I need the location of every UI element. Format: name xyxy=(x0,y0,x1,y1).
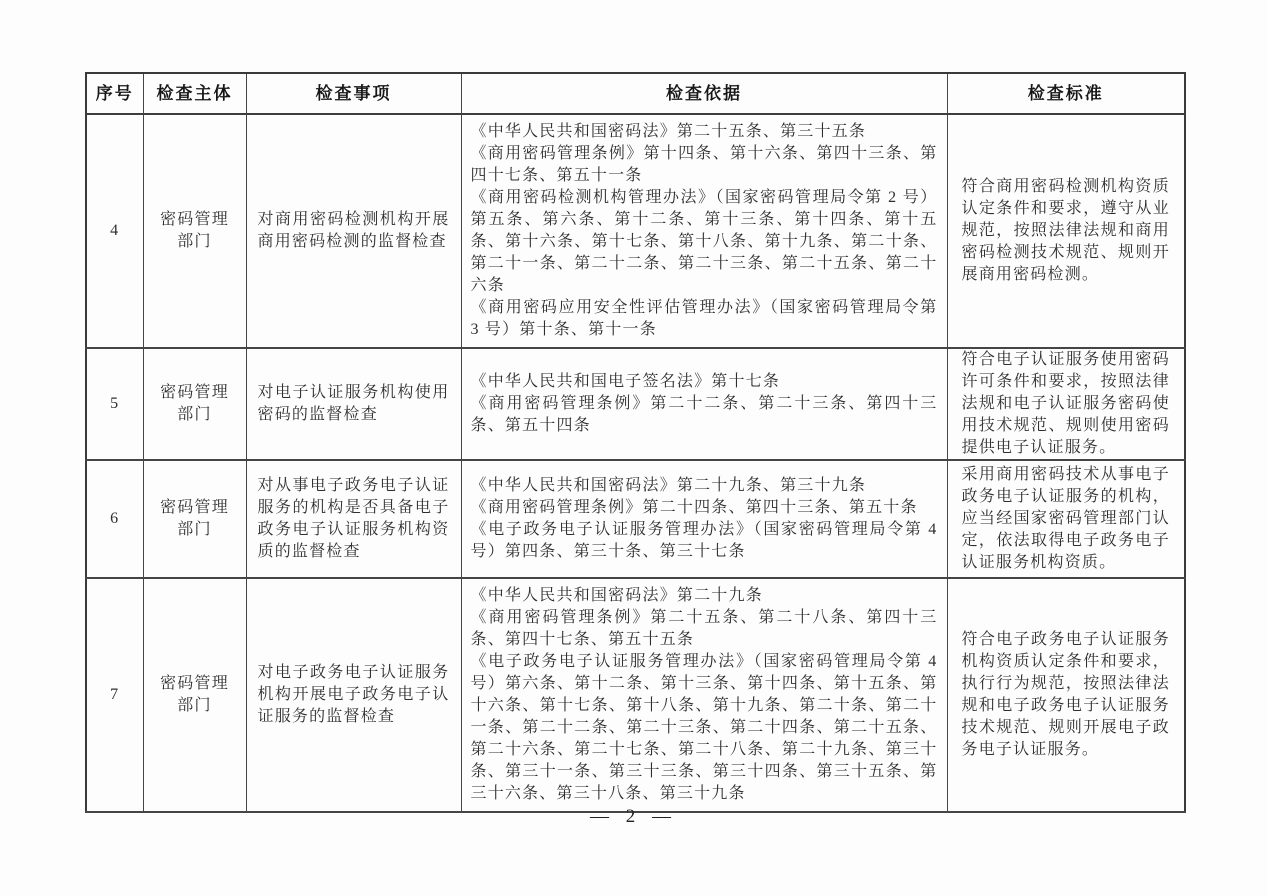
cell-inspection-standard: 符合电子政务电子认证服务机构资质认定条件和要求，执行行为规范，按照法律法规和电子… xyxy=(947,578,1185,812)
header-inspection-basis: 检查依据 xyxy=(461,73,947,114)
cell-inspection-basis: 《中华人民共和国密码法》第二十九条、第三十九条 《商用密码管理条例》第二十四条、… xyxy=(461,460,947,578)
cell-seq-no: 4 xyxy=(86,114,143,348)
inspection-table: 序号 检查主体 检查事项 检查依据 检查标准 4 密码管理部门 对商用密码检测机… xyxy=(85,72,1186,813)
cell-inspection-subject: 密码管理部门 xyxy=(143,578,246,812)
legal-basis-ref: 《中华人民共和国密码法》第二十五条、第三十五条 xyxy=(471,121,938,143)
table-row: 6 密码管理部门 对从事电子政务电子认证服务的机构是否具备电子政务电子认证服务机… xyxy=(86,460,1185,578)
cell-inspection-item: 对电子政务电子认证服务机构开展电子政务电子认证服务的监督检查 xyxy=(246,578,461,812)
cell-seq-no: 6 xyxy=(86,460,143,578)
legal-basis-ref: 《电子政务电子认证服务管理办法》（国家密码管理局令第 4 号）第四条、第三十条、… xyxy=(471,519,938,563)
cell-inspection-basis: 《中华人民共和国密码法》第二十五条、第三十五条 《商用密码管理条例》第十四条、第… xyxy=(461,114,947,348)
cell-inspection-subject: 密码管理部门 xyxy=(143,460,246,578)
header-inspection-subject: 检查主体 xyxy=(143,73,246,114)
legal-basis-ref: 《中华人民共和国电子签名法》第十七条 xyxy=(471,371,938,393)
legal-basis-ref: 《中华人民共和国密码法》第二十九条、第三十九条 xyxy=(471,475,938,497)
cell-inspection-standard: 符合电子认证服务使用密码许可条件和要求，按照法律法规和电子认证服务密码使用技术规… xyxy=(947,348,1185,460)
cell-inspection-item: 对电子认证服务机构使用密码的监督检查 xyxy=(246,348,461,460)
cell-inspection-basis: 《中华人民共和国电子签名法》第十七条 《商用密码管理条例》第二十二条、第二十三条… xyxy=(461,348,947,460)
table-header-row: 序号 检查主体 检查事项 检查依据 检查标准 xyxy=(86,73,1185,114)
cell-inspection-standard: 采用商用密码技术从事电子政务电子认证服务的机构，应当经国家密码管理部门认定，依法… xyxy=(947,460,1185,578)
table-row: 4 密码管理部门 对商用密码检测机构开展商用密码检测的监督检查 《中华人民共和国… xyxy=(86,114,1185,348)
legal-basis-ref: 《商用密码检测机构管理办法》（国家密码管理局令第 2 号）第五条、第六条、第十二… xyxy=(471,187,938,297)
header-inspection-item: 检查事项 xyxy=(246,73,461,114)
legal-basis-ref: 《商用密码管理条例》第二十二条、第二十三条、第四十三条、第五十四条 xyxy=(471,393,938,437)
header-seq-no: 序号 xyxy=(86,73,143,114)
cell-inspection-item: 对从事电子政务电子认证服务的机构是否具备电子政务电子认证服务机构资质的监督检查 xyxy=(246,460,461,578)
legal-basis-ref: 《电子政务电子认证服务管理办法》（国家密码管理局令第 4 号）第六条、第十二条、… xyxy=(471,651,938,805)
cell-inspection-subject: 密码管理部门 xyxy=(143,114,246,348)
cell-inspection-subject: 密码管理部门 xyxy=(143,348,246,460)
legal-basis-ref: 《中华人民共和国密码法》第二十九条 xyxy=(471,585,938,607)
cell-seq-no: 7 xyxy=(86,578,143,812)
legal-basis-ref: 《商用密码管理条例》第二十五条、第二十八条、第四十三条、第四十七条、第五十五条 xyxy=(471,607,938,651)
cell-inspection-item: 对商用密码检测机构开展商用密码检测的监督检查 xyxy=(246,114,461,348)
cell-inspection-basis: 《中华人民共和国密码法》第二十九条 《商用密码管理条例》第二十五条、第二十八条、… xyxy=(461,578,947,812)
legal-basis-ref: 《商用密码管理条例》第二十四条、第四十三条、第五十条 xyxy=(471,497,938,519)
header-inspection-standard: 检查标准 xyxy=(947,73,1185,114)
table-row: 7 密码管理部门 对电子政务电子认证服务机构开展电子政务电子认证服务的监督检查 … xyxy=(86,578,1185,812)
legal-basis-ref: 《商用密码应用安全性评估管理办法》（国家密码管理局令第 3 号）第十条、第十一条 xyxy=(471,297,938,341)
table-row: 5 密码管理部门 对电子认证服务机构使用密码的监督检查 《中华人民共和国电子签名… xyxy=(86,348,1185,460)
cell-seq-no: 5 xyxy=(86,348,143,460)
document-page: 序号 检查主体 检查事项 检查依据 检查标准 4 密码管理部门 对商用密码检测机… xyxy=(0,0,1267,896)
legal-basis-ref: 《商用密码管理条例》第十四条、第十六条、第四十三条、第四十七条、第五十一条 xyxy=(471,143,938,187)
cell-inspection-standard: 符合商用密码检测机构资质认定条件和要求，遵守从业规范，按照法律法规和商用密码检测… xyxy=(947,114,1185,348)
page-number: — 2 — xyxy=(0,806,1267,828)
